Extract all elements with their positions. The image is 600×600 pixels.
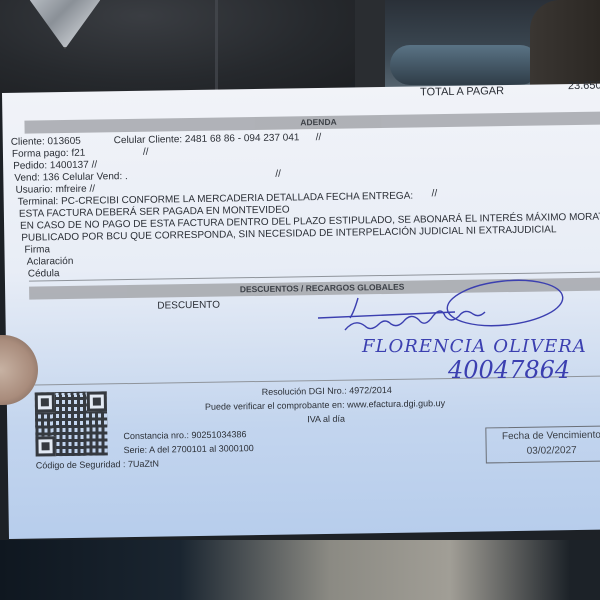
descuentos-header: DESCUENTOS / RECARGOS GLOBALES [29,277,600,299]
verificar-url: Puede verificar el comprobante en: www.e… [205,398,445,412]
wiper-stalk [390,45,540,85]
cedula-label: Cédula [28,268,60,279]
celular-cliente: Celular Cliente: 2481 68 86 - 094 237 04… [114,132,300,146]
qr-finder [35,392,55,412]
aclaracion-label: Aclaración [27,256,74,268]
resolucion-dgi: Resolución DGI Nro.: 4972/2014 [262,385,392,397]
pedido: Pedido: 1400137 // [13,160,97,172]
qr-finder [35,436,55,456]
total-value: 23.650 [568,80,600,93]
firma-label: Firma [24,244,50,255]
descuento-label: DESCUENTO [157,300,220,312]
vencimiento-box: Fecha de Vencimiento 03/02/2027 [485,425,600,463]
cliente: Cliente: 013605 [11,136,81,148]
adenda-header: ADENDA [24,111,600,133]
serie: Serie: A del 2700101 al 3000100 [124,443,254,455]
separator: // [275,169,281,180]
separator: // [316,132,322,143]
steering-wheel-seam [215,0,218,100]
steering-wheel-spoke [355,0,385,100]
vendedor: Vend: 136 Celular Vend: . [14,171,128,184]
qr-finder [87,391,107,411]
total-label: TOTAL A PAGAR [420,85,504,98]
invoice-paper: TOTAL A PAGAR 23.650 ADENDA Cliente: 013… [2,83,600,539]
qr-code [35,391,108,456]
codigo-seguridad: Código de Seguridad : 7UaZtN [36,459,159,471]
constancia: Constancia nro.: 90251034386 [123,429,246,441]
separator: // [143,147,149,158]
separator: // [432,188,438,199]
usuario: Usuario: mfreire // [15,184,95,196]
vencimiento-date: 03/02/2027 [487,444,600,457]
handwritten-name: FLORENCIA OLIVERA [362,336,587,357]
handwritten-id: 40047864 [448,356,570,384]
lap-background [0,540,600,600]
vencimiento-label: Fecha de Vencimiento [486,429,600,442]
forma-pago: Forma pago: f21 [12,148,86,160]
iva-status: IVA al día [307,414,345,425]
